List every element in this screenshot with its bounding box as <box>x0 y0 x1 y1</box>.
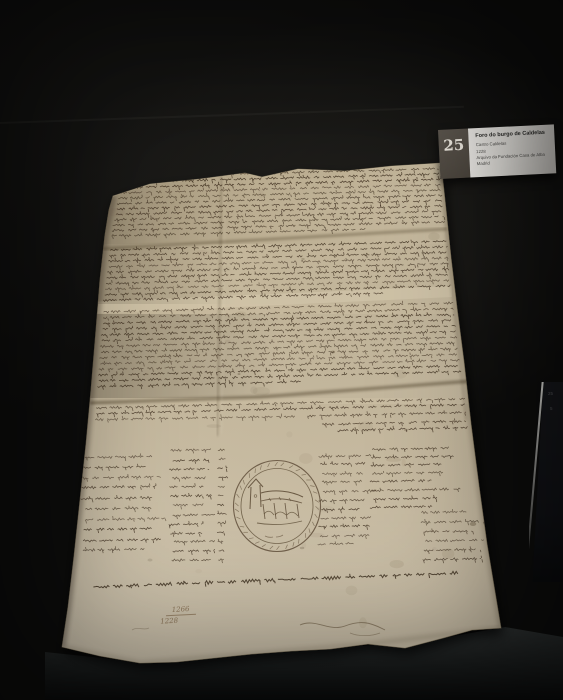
archival-date-annotation: 1266 1228 <box>146 605 197 627</box>
exhibit-number: 25 <box>438 129 470 179</box>
adjacent-label-edge: 25 5 <box>529 382 563 582</box>
exhibit-label-card: 25 Foro do burgo de Caldelas Castro Cald… <box>438 124 556 179</box>
parchment-scene <box>0 0 563 700</box>
exhibit-label-text: Foro do burgo de Caldelas Castro Caldela… <box>468 124 556 177</box>
archival-era-number: 1266 <box>172 605 196 614</box>
adjacent-label-fragment: 25 <box>548 391 553 396</box>
adjacent-label-fragment: 5 <box>550 406 553 411</box>
display-case-photo: 1266 1228 25 Foro do burgo de Caldelas C… <box>0 0 563 700</box>
